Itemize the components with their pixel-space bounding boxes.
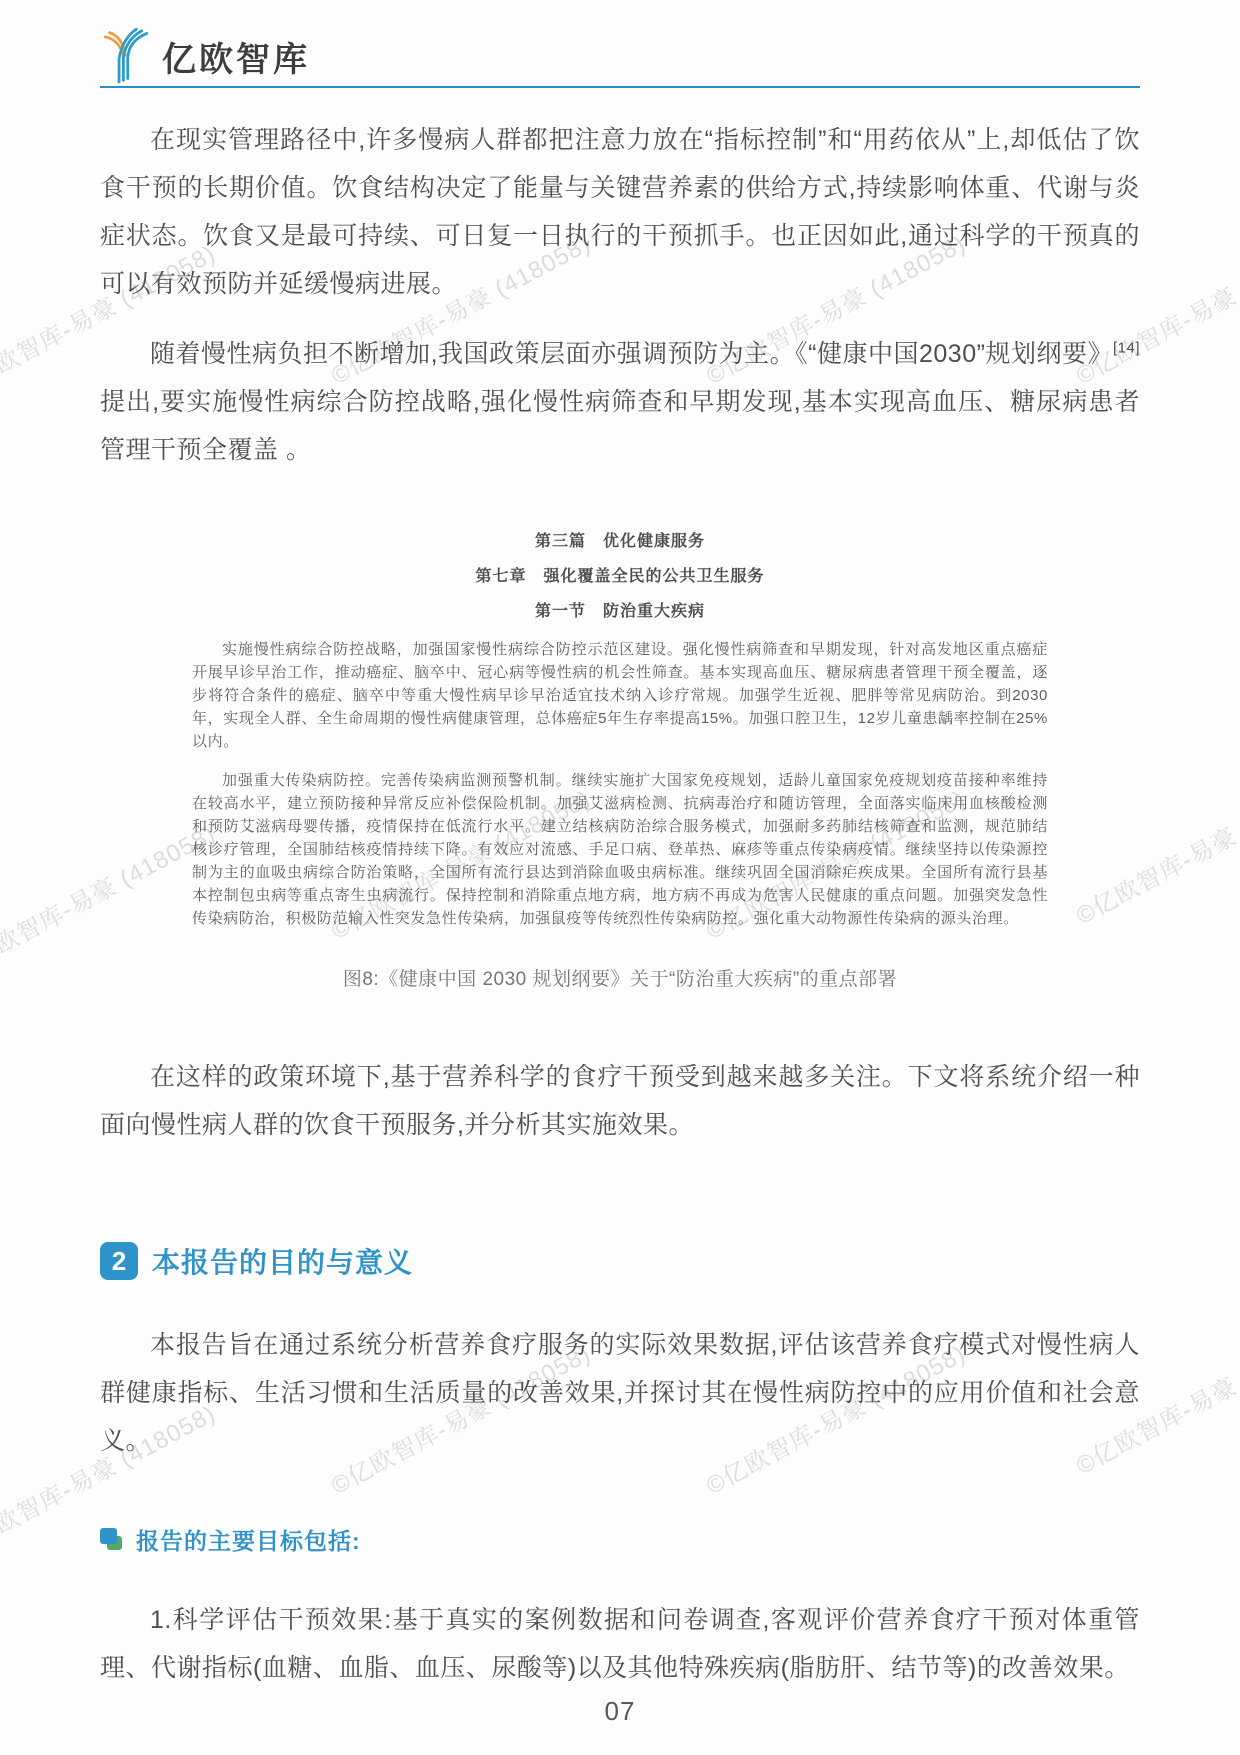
excerpt-paragraph-2: 加强重大传染病防控。完善传染病监测预警机制。继续实施扩大国家免疫规划，适龄儿童国… bbox=[192, 769, 1048, 930]
objectives-heading: 报告的主要目标包括: bbox=[100, 1523, 1140, 1556]
excerpt-paragraph-1: 实施慢性病综合防控战略，加强国家慢性病综合防控示范区建设。强化慢性病筛查和早期发… bbox=[192, 638, 1048, 753]
footnote-reference: [14] bbox=[1113, 340, 1140, 357]
header-divider bbox=[100, 86, 1140, 88]
excerpt-part-title: 第三篇 优化健康服务 bbox=[192, 532, 1048, 552]
page-content: 亿欧智库 在现实管理路径中,许多慢病人群都把注意力放在“指标控制”和“用药依从”… bbox=[0, 0, 1240, 1692]
page-header: 亿欧智库 bbox=[100, 0, 1140, 86]
report-page: ©亿欧智库-易豪 (418058) ©亿欧智库-易豪 (418058) ©亿欧智… bbox=[0, 0, 1240, 1755]
objective-item-1: 1.科学评估干预效果:基于真实的案例数据和问卷调查,客观评价营养食疗干预对体重管… bbox=[100, 1596, 1140, 1692]
policy-context-paragraph: 在这样的政策环境下,基于营养科学的食疗干预受到越来越多关注。下文将系统介绍一种面… bbox=[100, 1053, 1140, 1149]
section-2-header: 2 本报告的目的与意义 bbox=[100, 1241, 1140, 1281]
overlapping-squares-icon bbox=[100, 1528, 124, 1552]
paragraph-text: 提出,要实施慢性病综合防控战略,强化慢性病筛查和早期发现,基本实现高血压、糖尿病… bbox=[100, 388, 1140, 464]
section-2-intro-paragraph: 本报告旨在通过系统分析营养食疗服务的实际效果数据,评估该营养食疗模式对慢性病人群… bbox=[100, 1321, 1140, 1465]
logo-wordmark: 亿欧智库 bbox=[162, 32, 310, 81]
intro-paragraph-2: 随着慢性病负担不断增加,我国政策层面亦强调预防为主。《“健康中国2030”规划纲… bbox=[100, 330, 1140, 474]
blue-square bbox=[100, 1528, 117, 1544]
section-number-badge: 2 bbox=[100, 1242, 138, 1280]
excerpt-chapter-title: 第七章 强化覆盖全民的公共卫生服务 bbox=[192, 567, 1048, 587]
paragraph-text: 随着慢性病负担不断增加,我国政策层面亦强调预防为主。《“健康中国2030”规划纲… bbox=[150, 340, 1113, 368]
objectives-heading-label: 报告的主要目标包括: bbox=[136, 1523, 361, 1556]
figure-caption: 图8:《健康中国 2030 规划纲要》关于“防治重大疾病”的重点部署 bbox=[100, 964, 1140, 991]
excerpt-section-title: 第一节 防治重大疾病 bbox=[192, 602, 1048, 622]
intro-paragraph-1: 在现实管理路径中,许多慢病人群都把注意力放在“指标控制”和“用药依从”上,却低估… bbox=[100, 116, 1140, 308]
page-number: 07 bbox=[0, 1696, 1240, 1727]
figure-policy-excerpt: 第三篇 优化健康服务 第七章 强化覆盖全民的公共卫生服务 第一节 防治重大疾病 … bbox=[192, 532, 1048, 930]
section-title: 本报告的目的与意义 bbox=[152, 1241, 413, 1281]
eo-logo-icon bbox=[100, 28, 152, 84]
